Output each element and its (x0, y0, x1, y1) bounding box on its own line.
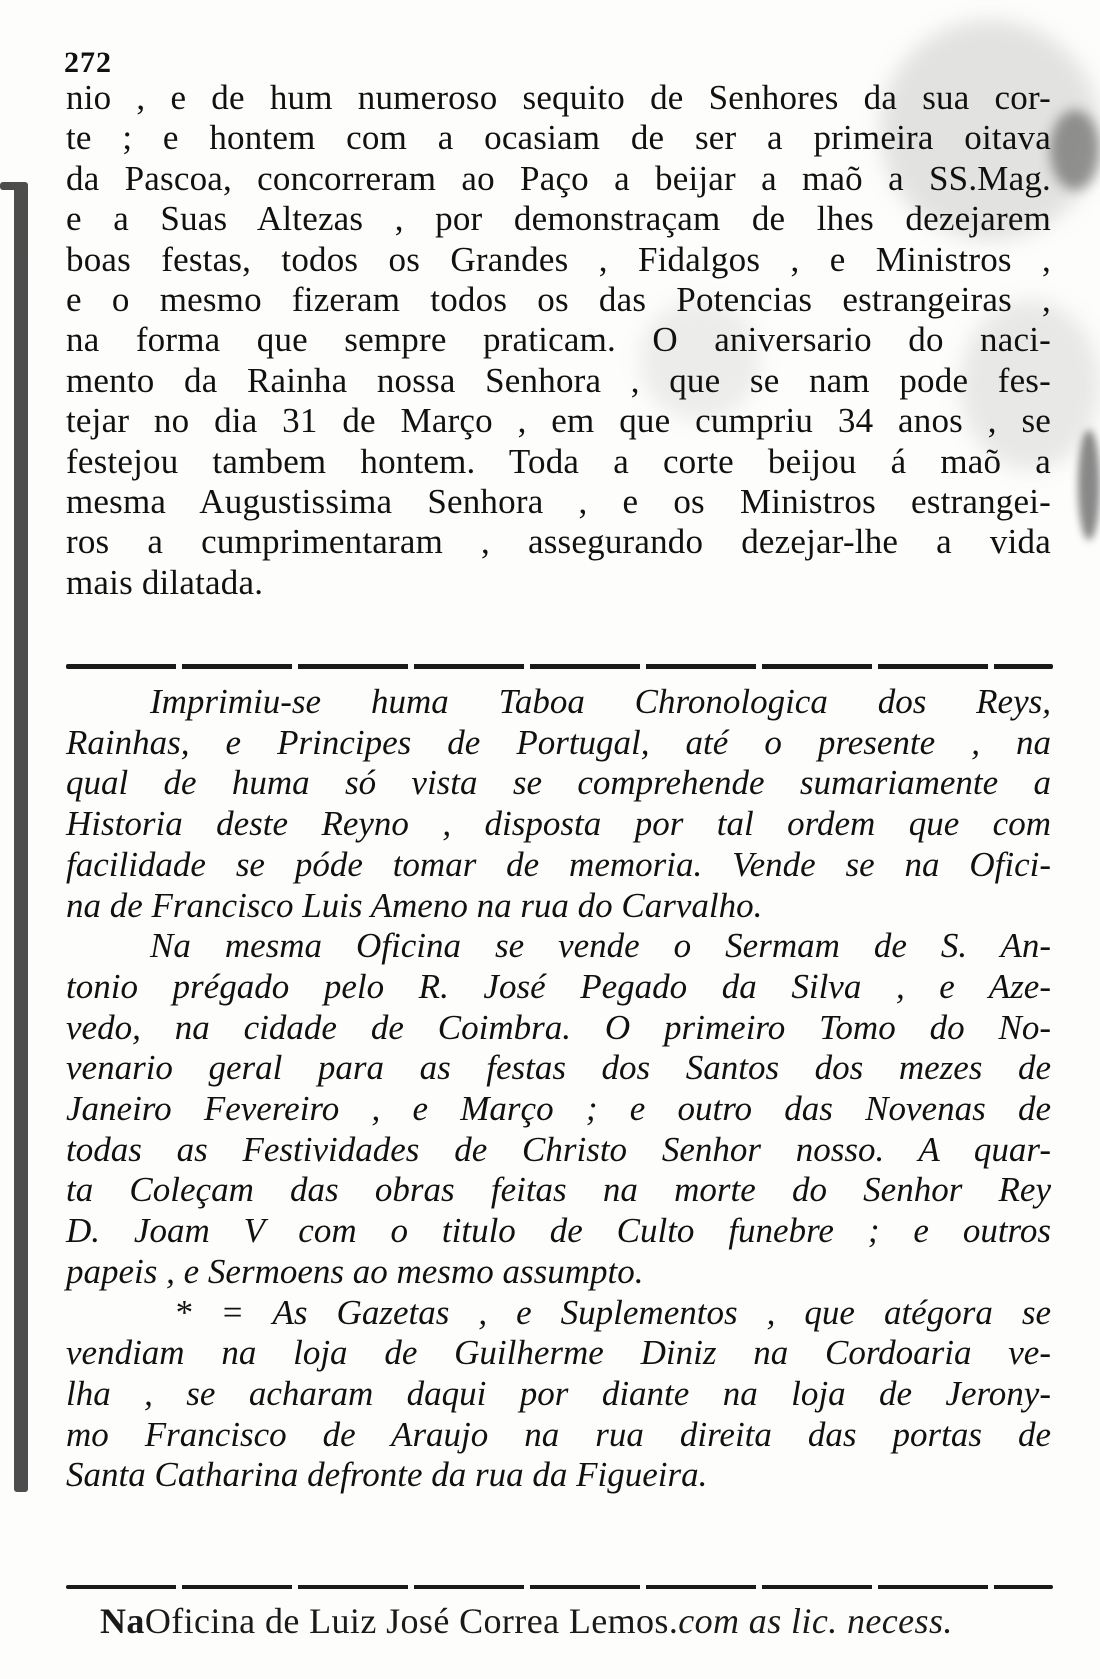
imprint-main: Oficina de Luiz José Correa Lemos. (145, 1601, 678, 1641)
text-line: mento da Rainha nossa Senhora , que se n… (66, 361, 1051, 401)
section-divider (66, 664, 1053, 669)
scanned-gazette-page: 272 nio , e de hum numeroso sequito de S… (0, 0, 1100, 1679)
text-line: mo Francisco de Araujo na rua direita da… (66, 1415, 1051, 1456)
text-line: na de Francisco Luis Ameno na rua do Car… (66, 886, 1051, 927)
text-line: papeis , e Sermoens ao mesmo assumpto. (66, 1252, 1051, 1293)
text-line: te ; e hontem com a ocasiam de ser a pri… (66, 118, 1051, 158)
text-line: nio , e de hum numeroso sequito de Senho… (66, 78, 1051, 118)
text-line: boas festas, todos os Grandes , Fidalgos… (66, 240, 1051, 280)
text-line: lha , se acharam daqui por diante na loj… (66, 1374, 1051, 1415)
binding-rule (14, 182, 28, 1492)
margin-mark (6, 1418, 16, 1488)
text-line: e a Suas Altezas , por demonstraçam de l… (66, 199, 1051, 239)
text-line: Na mesma Oficina se vende o Sermam de S.… (66, 926, 1051, 967)
footer-divider (66, 1585, 1053, 1589)
text-line: da Pascoa, concorreram ao Paço a beijar … (66, 159, 1051, 199)
text-line: Rainhas, e Principes de Portugal, até o … (66, 723, 1051, 764)
text-line: ros a cumprimentaram , assegurando dezej… (66, 522, 1051, 562)
text-line: Janeiro Fevereiro , e Março ; e outro da… (66, 1089, 1051, 1130)
page-number: 272 (64, 46, 112, 80)
text-line: mais dilatada. (66, 563, 1051, 603)
notices-section: Imprimiu-se huma Taboa Chronologica dos … (66, 682, 1051, 1496)
notice-taboa-chronologica: Imprimiu-se huma Taboa Chronologica dos … (66, 682, 1051, 926)
text-line: tejar no dia 31 de Março , em que cumpri… (66, 401, 1051, 441)
text-line: venario geral para as festas dos Santos … (66, 1048, 1051, 1089)
text-line: * = As Gazetas , e Suplementos , que até… (66, 1293, 1051, 1334)
text-line: e o mesmo fizeram todos os das Potencias… (66, 280, 1051, 320)
notice-gazetas: * = As Gazetas , e Suplementos , que até… (66, 1293, 1051, 1497)
edge-shadow (1078, 430, 1100, 540)
text-line: vendiam na loja de Guilherme Diniz na Co… (66, 1333, 1051, 1374)
text-line: Imprimiu-se huma Taboa Chronologica dos … (66, 682, 1051, 723)
text-line: Santa Catharina defronte da rua da Figue… (66, 1455, 1051, 1496)
notice-sermam: Na mesma Oficina se vende o Sermam de S.… (66, 926, 1051, 1292)
edge-shadow (1050, 110, 1100, 190)
text-line: festejou tambem hontem. Toda a corte bei… (66, 442, 1051, 482)
text-line: tonio prégado pelo R. José Pegado da Sil… (66, 967, 1051, 1008)
text-line: ta Coleçam das obras feitas na morte do … (66, 1170, 1051, 1211)
text-line: qual de huma só vista se comprehende sum… (66, 763, 1051, 804)
text-line: facilidade se póde tomar de memoria. Ven… (66, 845, 1051, 886)
text-line: vedo, na cidade de Coimbra. O primeiro T… (66, 1008, 1051, 1049)
imprint-lead: Na (100, 1601, 145, 1641)
text-line: na forma que sempre praticam. O aniversa… (66, 320, 1051, 360)
imprint-license: com as lic. necess. (678, 1601, 953, 1641)
text-line: mesma Augustissima Senhora , e os Minist… (66, 482, 1051, 522)
printer-imprint: NaOficina de Luiz José Correa Lemos.com … (100, 1600, 1050, 1642)
text-line: D. Joam V com o titulo de Culto funebre … (66, 1211, 1051, 1252)
text-line: todas as Festividades de Christo Senhor … (66, 1130, 1051, 1171)
news-paragraph: nio , e de hum numeroso sequito de Senho… (66, 78, 1051, 603)
text-line: Historia deste Reyno , disposta por tal … (66, 804, 1051, 845)
